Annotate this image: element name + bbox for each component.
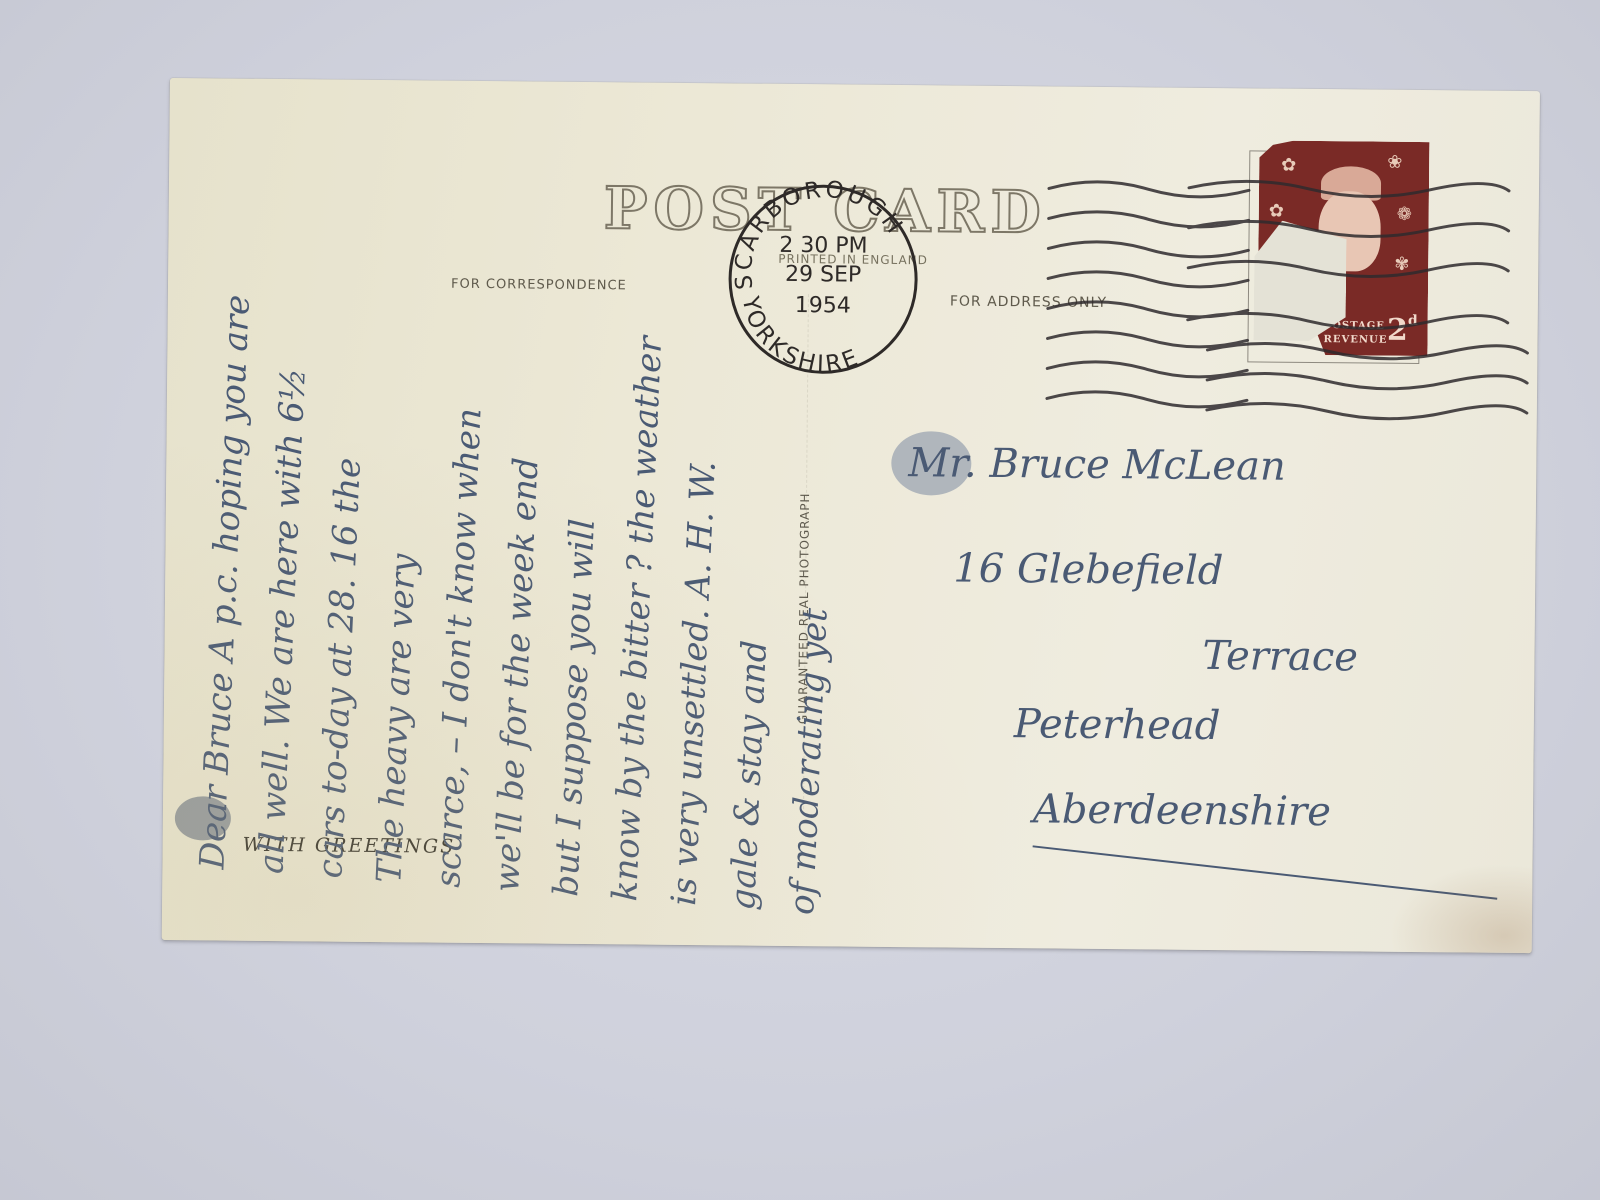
message-line: but I suppose you will — [546, 518, 603, 898]
message-line: Dear Bruce A p.c. hoping you are — [192, 294, 258, 870]
stamp-value: 2d — [1387, 313, 1418, 348]
message-line: The heavy are very — [369, 553, 424, 884]
message-line: all well. We are here with 6½ — [251, 367, 313, 874]
rose-icon: ✿ — [1281, 155, 1296, 176]
printed-in-label: PRINTED IN ENGLAND — [778, 252, 928, 267]
handwritten-message: Dear Bruce A p.c. hoping you areall well… — [170, 78, 1540, 91]
address-name: Mr. Bruce McLean — [908, 440, 1286, 490]
postcard: POST CARD PRINTED IN ENGLAND FOR CORRESP… — [162, 78, 1540, 953]
svg-text:YORKSHIRE: YORKSHIRE — [736, 293, 865, 378]
address-underline — [1032, 846, 1497, 898]
stamp-revenue-text: REVENUE — [1323, 334, 1387, 346]
address-town: Peterhead — [1014, 701, 1221, 749]
svg-text:1954: 1954 — [795, 293, 851, 319]
address-line1: 16 Glebefield — [953, 546, 1223, 595]
message-line: scarce, – I don't know when — [428, 407, 489, 888]
message-line: of moderating yet — [782, 607, 836, 915]
rose-icon: ✿ — [1269, 201, 1284, 222]
correspondence-caption: FOR CORRESPONDENCE — [451, 277, 627, 294]
postcard-title: POST CARD — [603, 174, 1047, 246]
message-line: cars to-day at 28. 16 the — [310, 457, 369, 879]
address-county: Aberdeenshire — [1033, 786, 1331, 835]
message-line: know by the bitter ? the weather — [605, 336, 670, 902]
message-line: gale & stay and — [723, 639, 775, 911]
address-line2: Terrace — [1202, 633, 1358, 680]
address-caption: FOR ADDRESS ONLY — [950, 293, 1107, 311]
message-line: we'll be for the week end — [487, 457, 546, 893]
message-line: is very unsettled. A. H. W. — [664, 460, 724, 906]
leek-icon: ✾ — [1394, 254, 1409, 275]
shamrock-icon: ❁ — [1397, 204, 1412, 225]
thistle-icon: ❀ — [1387, 152, 1402, 173]
